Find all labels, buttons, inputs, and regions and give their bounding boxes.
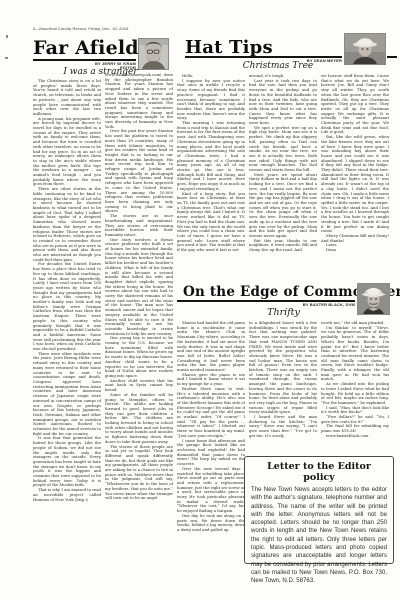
- letter-policy-title: Letter to the Editor policy: [251, 461, 387, 483]
- common-sense-column-3: worth ten,” the old man pleaded.I'm thin…: [321, 321, 389, 451]
- hat-tips-column-3: we borrow stuff from them. Cause that's …: [321, 74, 389, 282]
- scan-artifact: [6, 35, 8, 38]
- newspaper-page: 4—Mountrail County Record, Friday, Dec. …: [0, 0, 400, 600]
- dean-meyer-photo: [344, 33, 386, 65]
- dean-meyer-portrait: [345, 34, 385, 64]
- hat-tips-headline: Hat Tips: [185, 37, 273, 58]
- hat-tips-rule-right: [387, 56, 397, 58]
- jerry-kram-photo: [138, 38, 169, 70]
- letter-policy-body: The New Town News accepts letters to the…: [251, 486, 387, 586]
- page-folio: 4—Mountrail County Record, Friday, Dec. …: [33, 26, 128, 31]
- hat-tips-column-2: around, it's tough.Last year it took two…: [249, 74, 317, 282]
- jerry-kram-portrait: [139, 39, 168, 69]
- common-sense-column-1: Sharon had hauled the old piano home in …: [177, 321, 245, 561]
- common-sense-column-2: to a dilapidated house with a few outbui…: [249, 321, 317, 453]
- common-sense-subtitle: Thrifty: [177, 307, 390, 318]
- far-afield-column-2: www.humansofnewyork.com) done by the pho…: [105, 73, 173, 549]
- far-afield-column-1: The Christmas story is on a lot of peopl…: [33, 79, 101, 561]
- letter-policy-box: Letter to the Editor policy The New Town…: [244, 456, 394, 564]
- hat-tips-subtitle: Christmas Tree: [213, 61, 343, 71]
- scan-artifact: [5, 57, 8, 59]
- hat-tips-column-1: Hello,I suppose by now you notice that o…: [177, 74, 245, 282]
- far-afield-headline: Far Afield: [33, 37, 139, 59]
